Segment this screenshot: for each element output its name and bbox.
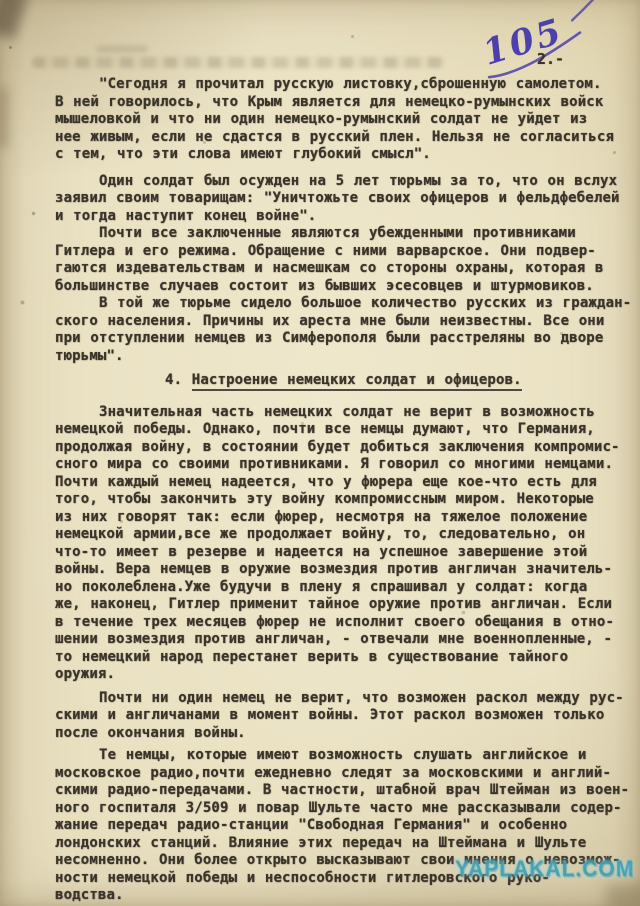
- section-heading: 4. Настроение немецких солдат и офицеров…: [55, 372, 621, 390]
- text-line: мышеловкой и что ни один немецко-румынск…: [55, 111, 621, 129]
- heading-title: Настроение немецких солдат и офицеров.: [192, 372, 522, 391]
- text-line: немецкой победы. Однако, почти все немцы…: [55, 421, 621, 439]
- text-line: из них говорят так: если фюрер, несмотря…: [55, 509, 621, 527]
- paragraph: В той же тюрьме сидело большое количеств…: [55, 295, 621, 365]
- text-line: с тем, что эти слова имеют глубокий смыс…: [55, 146, 621, 164]
- bleedthrough-text-line: [32, 57, 446, 68]
- text-line: шении возмездия против англичан, - отвеч…: [55, 631, 621, 649]
- text-line: скими радио-передачами. В частности, шта…: [55, 782, 621, 800]
- paper-specks: [0, 0, 1, 1]
- text-line: то немецкий народ перестанет верить в су…: [55, 649, 621, 667]
- text-line: оружия.: [55, 666, 621, 684]
- section-heading-line: 4. Настроение немецких солдат и офицеров…: [165, 372, 621, 390]
- text-line: в течение трех месяцев фюрер не исполнит…: [55, 614, 621, 632]
- corner-stain: [0, 0, 28, 40]
- text-line: продолжая войну, в состоянии будет добит…: [55, 439, 621, 457]
- text-line: нее живым, если не сдастся в русский пле…: [55, 129, 621, 147]
- text-line: Почти каждый немец надеется, что у фюрер…: [55, 474, 621, 492]
- text-line: водства.: [55, 887, 621, 905]
- text-line: заявил своим товарищам: "Уничтожьте свои…: [55, 190, 621, 208]
- text-line: большинстве случаев состоит из бывших эс…: [55, 278, 621, 296]
- text-line: ного госпиталя 3/509 и повар Шульте част…: [55, 800, 621, 818]
- paragraph: Один солдат был осужден на 5 лет тюрьмы …: [55, 173, 621, 226]
- text-line: того, чтобы закончить эту войну компроми…: [55, 491, 621, 509]
- text-line: после окончания войны.: [55, 725, 621, 743]
- text-line: и тогда наступит конец войне".: [55, 208, 621, 226]
- text-line: но поколеблена.Уже будучи в плену я спра…: [55, 579, 621, 597]
- document-body: "Сегодня я прочитал русскую листовку,сбр…: [55, 76, 621, 905]
- page-number: 2.-: [537, 50, 564, 68]
- paragraph: "Сегодня я прочитал русскую листовку,сбр…: [55, 76, 621, 164]
- text-line: гаются издевательствам и насмешкам со ст…: [55, 260, 621, 278]
- scanned-document-page: 105 2.- "Сегодня я прочитал русскую лист…: [0, 0, 640, 906]
- text-line: В ней говорилось, что Крым является для …: [55, 94, 621, 112]
- text-line: скими и англичанами в момент войны. Этот…: [55, 707, 621, 725]
- edge-smudge: [0, 88, 8, 148]
- text-line: при отступлении немцев из Симферополя бы…: [55, 330, 621, 348]
- bleedthrough-smudge: [96, 45, 148, 53]
- text-line: "Сегодня я прочитал русскую листовку,сбр…: [55, 76, 621, 94]
- text-line: Один солдат был осужден на 5 лет тюрьмы …: [55, 173, 621, 191]
- text-line: Почти ни один немец не верит, что возмож…: [55, 690, 621, 708]
- paragraph: Почти ни один немец не верит, что возмож…: [55, 690, 621, 743]
- text-line: войны. Вера немцев в оружие возмездия пр…: [55, 561, 621, 579]
- text-line: ского населения. Причины их ареста мне б…: [55, 313, 621, 331]
- text-line: жание передач радио-станции "Свободная Г…: [55, 817, 621, 835]
- text-line: Те немцы, которые имеют возможность слуш…: [55, 747, 621, 765]
- text-line: московское радио,почти ежедневно следят …: [55, 765, 621, 783]
- paragraph: Значительная часть немецких солдат не ве…: [55, 404, 621, 684]
- text-line: Значительная часть немецких солдат не ве…: [55, 404, 621, 422]
- paragraph: Почти все заключенные являются убежденны…: [55, 225, 621, 295]
- site-watermark: YAPLAKAL.COM: [455, 858, 634, 883]
- text-line: тюрьмы".: [55, 348, 621, 366]
- text-line: Гитлера и его режима. Обращение с ними в…: [55, 243, 621, 261]
- text-line: В той же тюрьме сидело большое количеств…: [55, 295, 621, 313]
- heading-number: 4.: [165, 372, 192, 388]
- text-line: Почти все заключенные являются убежденны…: [55, 225, 621, 243]
- text-line: сного мира со своими противниками. Я гов…: [55, 456, 621, 474]
- text-line: что-то имеет в резерве и надеется на усп…: [55, 544, 621, 562]
- text-line: лондонских станций. Влияние этих передач…: [55, 835, 621, 853]
- text-line: же, наконец, Гитлер применит тайное оруж…: [55, 596, 621, 614]
- text-line: немецкой армии,все же продолжает войну, …: [55, 526, 621, 544]
